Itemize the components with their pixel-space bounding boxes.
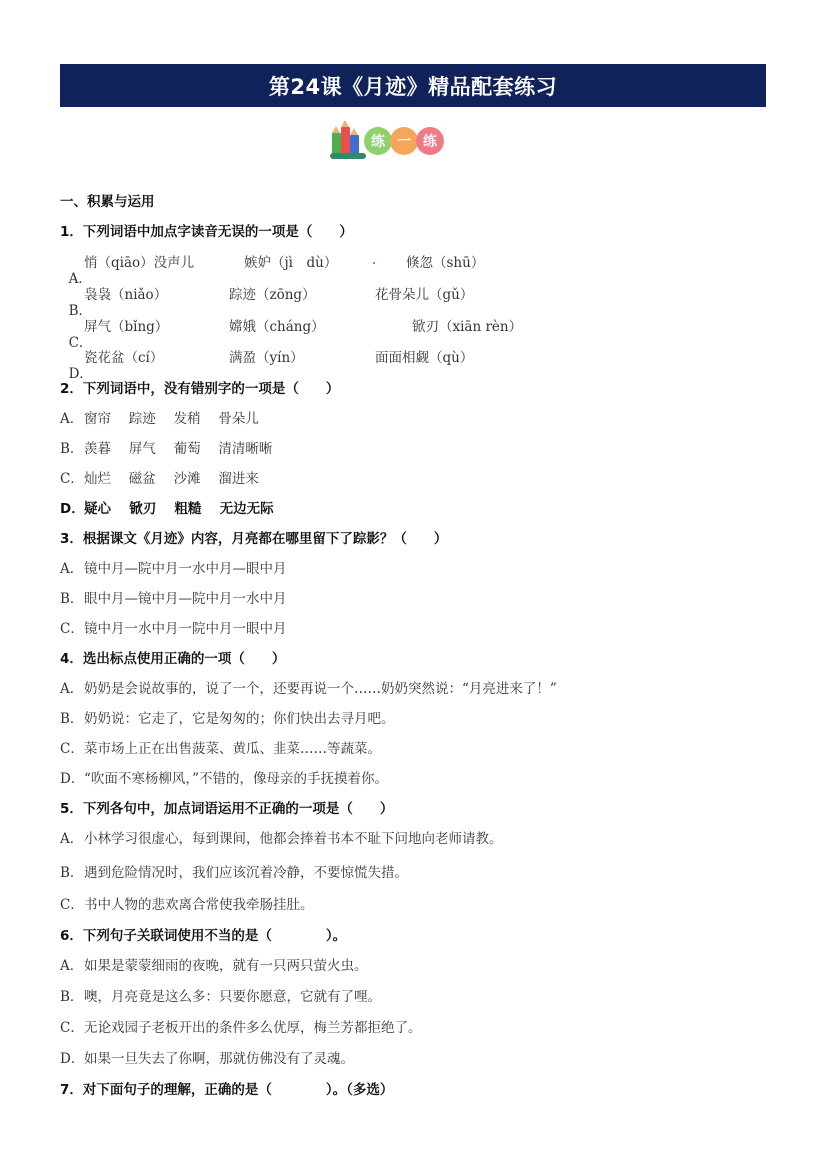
option-label: B．: [60, 861, 84, 881]
option-label: D．: [60, 497, 84, 517]
option-label: D．: [60, 1047, 84, 1067]
option-text: 灿烂 磁盆 沙滩 溜进来: [84, 471, 259, 487]
q2-option-c: C．灿烂 磁盆 沙滩 溜进来: [60, 467, 259, 487]
option-text: 如果一旦失去了你啊，那就仿佛没有了灵魂。: [84, 1051, 354, 1067]
q3-option-b: B．眼中月—镜中月—院中月一水中月: [60, 587, 287, 607]
q3-option-a: A．镜中月—院中月一水中月—眼中月: [60, 557, 287, 577]
q2-option-d: D．疑心 锨刃 粗糙 无边无际: [60, 497, 274, 517]
badge-char-2: 一: [390, 127, 418, 155]
option-label: B．: [60, 707, 84, 727]
question-6-stem: 6．下列句子关联词使用不当的是（ ）。: [60, 924, 346, 944]
option-text: 遇到危险情况时，我们应该沉着冷静，不要惊慌失措。: [84, 865, 408, 881]
page-title: 第24课《月迹》精品配套练习: [269, 71, 557, 101]
option-text: 眼中月—镜中月—院中月一水中月: [84, 591, 287, 607]
q1-a-col2: 嫉妒（jì dù）: [244, 251, 337, 271]
q1-a-col3: 倏忽（shū）: [406, 251, 484, 271]
section-heading: 一、积累与运用: [60, 190, 155, 210]
q2-option-a: A．窗帘 踪迹 发稍 骨朵儿: [60, 407, 259, 427]
badge-char-3: 练: [416, 127, 444, 155]
q1-b-col3: 花骨朵儿（gǔ）: [375, 283, 473, 303]
question-3-stem: 3．根据课文《月迹》内容，月亮都在哪里留下了踪影？（ ）: [60, 527, 447, 547]
question-2-stem: 2．下列词语中，没有错别字的一项是（ ）: [60, 377, 339, 397]
q1-a-col1: 悄（qiāo）没声儿: [84, 251, 194, 271]
q6-option-b: B．噢，月亮竟是这么多：只要你愿意，它就有了哩。: [60, 985, 381, 1005]
q5-option-b: B．遇到危险情况时，我们应该沉着冷静，不要惊慌失措。: [60, 861, 408, 881]
option-text: 镜中月—院中月一水中月—眼中月: [84, 561, 287, 577]
option-label: A．: [60, 557, 84, 577]
option-label: A．: [60, 954, 84, 974]
option-text: 如果是蒙蒙细雨的夜晚，就有一只两只萤火虫。: [84, 958, 368, 974]
q5-option-a: A．小林学习很虚心，每到课间，他都会捧着书本不耻下问地向老师请教。: [60, 827, 503, 847]
option-label: C．: [60, 467, 84, 487]
option-label: C．: [60, 617, 84, 637]
q4-option-a: A．奶奶是会说故事的，说了一个，还要再说一个……奶奶突然说：“月亮进来了！”: [60, 677, 557, 697]
q5-option-c: C．书中人物的悲欢离合常使我牵肠挂肚。: [60, 893, 314, 913]
option-label: A．: [60, 677, 84, 697]
question-1-stem: 1．下列词语中加点字读音无误的一项是（ ）: [60, 220, 353, 240]
option-text: 镜中月一水中月一院中月一眼中月: [84, 621, 287, 637]
q1-d-col1: 瓷花盆（cí）: [84, 346, 163, 366]
q1-d-col2: 满盈（yín）: [229, 346, 304, 366]
option-label: B．: [60, 437, 84, 457]
title-banner: 第24课《月迹》精品配套练习: [60, 64, 766, 107]
q6-option-d: D．如果一旦失去了你啊，那就仿佛没有了灵魂。: [60, 1047, 354, 1067]
q4-option-d: D．“吹面不寒杨柳风，”不错的，像母亲的手抚摸着你。: [60, 767, 388, 787]
option-text: 羡暮 屏气 葡萄 清清晰晰: [84, 441, 272, 457]
q6-option-c: C．无论戏园子老板开出的条件多么优厚，梅兰芳都拒绝了。: [60, 1016, 422, 1036]
option-text: 噢，月亮竟是这么多：只要你愿意，它就有了哩。: [84, 989, 381, 1005]
option-label: C．: [60, 893, 84, 913]
q4-option-c: C．菜市场上正在出售菠菜、黄瓜、韭菜……等蔬菜。: [60, 737, 381, 757]
option-text: “吹面不寒杨柳风，”不错的，像母亲的手抚摸着你。: [84, 771, 388, 787]
option-label: A．: [60, 827, 84, 847]
q1-b-col2: 踪迹（zōng）: [229, 283, 316, 303]
option-text: 小林学习很虚心，每到课间，他都会捧着书本不耻下问地向老师请教。: [84, 831, 503, 847]
option-text: 奶奶是会说故事的，说了一个，还要再说一个……奶奶突然说：“月亮进来了！”: [84, 681, 557, 697]
q1-c-col1: 屏气（bǐng）: [84, 315, 168, 335]
option-label: B．: [60, 985, 84, 1005]
question-4-stem: 4．选出标点使用正确的一项（ ）: [60, 647, 285, 667]
question-7-stem: 7．对下面句子的理解，正确的是（ ）。（多选）: [60, 1078, 393, 1098]
q6-option-a: A．如果是蒙蒙细雨的夜晚，就有一只两只萤火虫。: [60, 954, 368, 974]
q3-option-c: C．镜中月一水中月一院中月一眼中月: [60, 617, 287, 637]
option-text: 无论戏园子老板开出的条件多么优厚，梅兰芳都拒绝了。: [84, 1020, 422, 1036]
option-label: C．: [60, 737, 84, 757]
option-text: 菜市场上正在出售菠菜、黄瓜、韭菜……等蔬菜。: [84, 741, 381, 757]
option-text: 书中人物的悲欢离合常使我牵肠挂肚。: [84, 897, 314, 913]
badge-char-1: 练: [364, 127, 392, 155]
option-label: C．: [60, 1016, 84, 1036]
q1-d-col3: 面面相觑（qù）: [375, 346, 473, 366]
question-5-stem: 5．下列各句中，加点词语运用不正确的一项是（ ）: [60, 797, 393, 817]
stray-dot: [373, 262, 375, 264]
pencil-castle-icon: [330, 123, 366, 159]
q4-option-b: B．奶奶说：它走了，它是匆匆的；你们快出去寻月吧。: [60, 707, 395, 727]
practice-badge: 练 一 练: [330, 122, 444, 160]
option-text: 奶奶说：它走了，它是匆匆的；你们快出去寻月吧。: [84, 711, 395, 727]
q1-c-col3: 锨刃（xiān rèn）: [412, 315, 522, 335]
q1-b-col1: 袅袅（niǎo）: [84, 283, 167, 303]
option-label: D．: [60, 767, 84, 787]
option-text: 窗帘 踪迹 发稍 骨朵儿: [84, 411, 259, 427]
q1-c-col2: 嫦娥（cháng）: [229, 315, 325, 335]
option-text: 疑心 锨刃 粗糙 无边无际: [84, 501, 274, 517]
option-label: B．: [60, 587, 84, 607]
q2-option-b: B．羡暮 屏气 葡萄 清清晰晰: [60, 437, 272, 457]
option-label: A．: [60, 407, 84, 427]
